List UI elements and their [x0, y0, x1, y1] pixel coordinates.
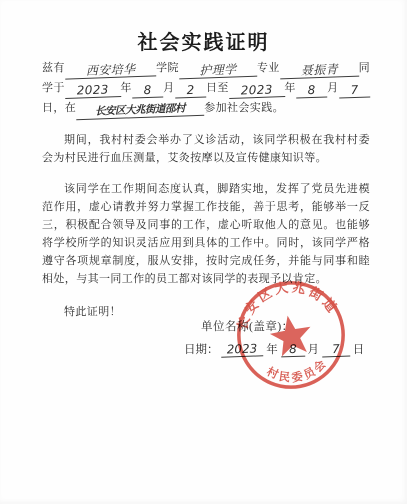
student-name-field: 聂振青	[279, 62, 358, 80]
date-label: 日期：	[184, 344, 219, 356]
form-line-student: 兹有 西安培华 学院 护理学 专业 聂振青 同	[42, 58, 370, 78]
form-label: 年	[266, 344, 278, 356]
form-label: 参加社会实践。	[204, 98, 284, 118]
form-label: 年	[284, 78, 295, 98]
form-label: 日，在	[42, 98, 76, 118]
date-line: 日期： 2023 年 8 月 7 日	[184, 341, 364, 357]
major-field: 护理学	[179, 62, 257, 80]
start-year-field: 2023	[65, 82, 121, 99]
certificate-page: 社会实践证明 兹有 西安培华 学院 护理学 专业 聂振青 同 学于 2023 年…	[0, 0, 407, 504]
form-label: 学于	[42, 78, 65, 98]
paragraph-evaluation: 该同学在工作期间态度认真，脚踏实地，发挥了党员先进模范作用，虚心请教并努力掌握工…	[42, 180, 370, 288]
date-year-field: 2023	[221, 341, 263, 357]
form-label: 月	[163, 78, 174, 98]
paragraph-activity: 期间，我村村委会举办了义诊活动，该同学积极在我村村委会为村民进行血压测量，艾灸按…	[42, 131, 370, 167]
location-field: 长安区大兆街道邵村	[76, 101, 204, 120]
form-line-location: 日，在 长安区大兆街道邵村 参加社会实践。	[42, 98, 370, 118]
svg-text:村民委员会: 村民委员会	[263, 354, 333, 389]
start-day-field: 2	[174, 82, 206, 98]
certificate-body: 兹有 西安培华 学院 护理学 专业 聂振青 同 学于 2023 年 8 月 2 …	[42, 58, 370, 321]
form-label: 同	[359, 58, 370, 78]
form-label: 学院	[156, 58, 179, 78]
unit-name-label: 单位名称(盖章)：	[201, 318, 294, 334]
seal-arc-bottom-text: 村民委员会	[263, 354, 333, 389]
date-day-field: 7	[322, 342, 351, 358]
form-label: 月	[327, 78, 338, 98]
form-label: 月	[308, 344, 320, 356]
end-month-field: 8	[295, 82, 327, 98]
form-label: 日	[353, 344, 365, 356]
college-field: 西安培华	[65, 61, 157, 79]
form-label: 专业	[257, 58, 280, 78]
form-label: 日至	[206, 78, 229, 98]
form-label: 年	[120, 78, 131, 98]
form-label: 兹有	[42, 58, 65, 78]
date-month-field: 8	[280, 342, 305, 358]
form-line-dates: 学于 2023 年 8 月 2 日至 2023 年 8 月 7	[42, 78, 370, 98]
start-month-field: 8	[131, 82, 163, 98]
end-year-field: 2023	[229, 82, 285, 99]
end-day-field: 7	[338, 82, 370, 98]
page-title: 社会实践证明	[0, 0, 407, 55]
